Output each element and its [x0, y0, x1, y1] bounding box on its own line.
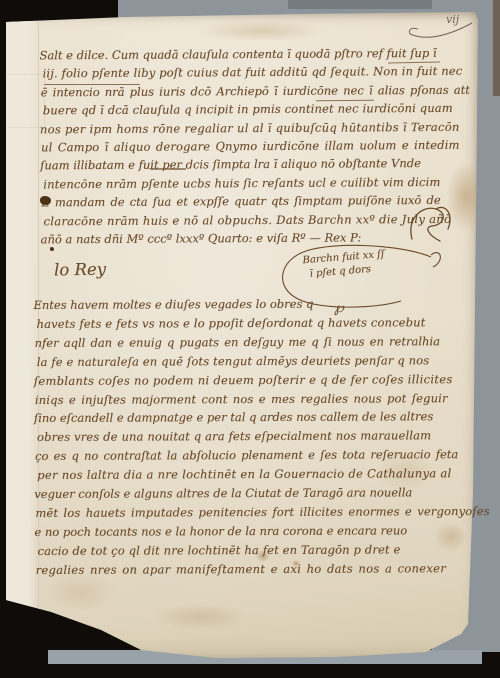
- folio-number: vij: [446, 13, 459, 26]
- folio-flourish-stroke: [406, 16, 476, 42]
- manuscript-photograph: vij Salt e dilce. Cum quadā clauſula con…: [0, 0, 500, 678]
- stain: [196, 20, 326, 42]
- manuscript-line: havets fets e fets vs nos e lo ppoſit de…: [36, 313, 479, 334]
- letter-heading: lo Rey: [54, 260, 106, 280]
- manuscript-line: buere qd ī dcā clauſula q incipit in pmi…: [43, 99, 476, 120]
- manuscript-line: ço es q no contraſtat la abſolucio plena…: [35, 445, 480, 466]
- manuscript-line: per nos laltra dia a nre lochtinēt en la…: [37, 464, 480, 485]
- manuscript-line: iniqs e injuſtes majorment cont nos e me…: [35, 389, 480, 410]
- catalan-paragraph: Entes havem moltes e diuſes vegades lo o…: [33, 294, 480, 580]
- manuscript-line: la fe e naturaleſa en quē ſots tengut al…: [37, 351, 480, 372]
- manuscript-line: ſino eſcandell e dampnatge e per tal q a…: [34, 407, 480, 428]
- manuscript-line: mēt los hauets imputades penitencies for…: [35, 502, 480, 523]
- manuscript-line: e no poch tocants nos e la honor de la n…: [34, 521, 480, 542]
- mat-top-shadow: [288, 0, 440, 9]
- manuscript-line: nfer aqll dan e enuig q pugats en deſguy…: [35, 332, 480, 353]
- stain: [156, 604, 246, 630]
- mat-right-edge: [493, 0, 500, 96]
- manuscript-line: ſuam illibatam e fuit per dcis ſimpta lr…: [40, 154, 476, 175]
- ink-speck: [50, 247, 54, 251]
- manuscript-line: ſemblants coſes no podem ni deuem poſter…: [34, 370, 480, 391]
- underline-stroke: [44, 84, 140, 85]
- manuscript-line: Entes havem moltes e diuſes vegades lo o…: [33, 294, 479, 315]
- manuscript-line: regalies nres on apar manifeſtament e ax…: [36, 559, 481, 580]
- manuscript-line: iij. folio pſente liby poſt cuius dat fu…: [42, 62, 475, 83]
- signature-flourish: [404, 203, 454, 247]
- manuscript-line: cacio de tot ço ql dit nre lochtinēt ha …: [37, 540, 480, 561]
- strikethrough-stroke: [150, 168, 186, 170]
- ink-blot: [40, 196, 51, 205]
- manuscript-line: obres vres de una nouitat q ara fets eſp…: [37, 426, 480, 447]
- manuscript-line: veguer conſols e alguns altres de la Ciu…: [34, 483, 480, 504]
